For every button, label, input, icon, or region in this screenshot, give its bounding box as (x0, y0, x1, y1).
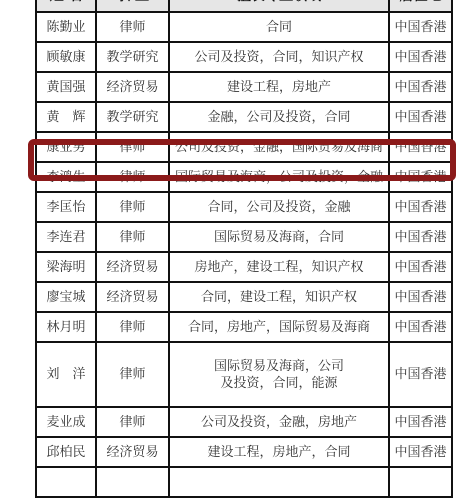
table-row: 廖宝城 经济贸易 合同，建设工程，知识产权 中国香港 (36, 282, 452, 312)
header-name: 姓 名 (36, 0, 96, 12)
header-expertise: 擅长专业领域 (169, 0, 389, 12)
cell-occupation (96, 467, 169, 497)
cell-residence: 中国香港 (389, 222, 452, 252)
header-occupation: 职 业 (96, 0, 169, 12)
table-row: 李连君 律师 国际贸易及海商，合同 中国香港 (36, 222, 452, 252)
table-row: 李匡怡 律师 合同，公司及投资，金融 中国香港 (36, 192, 452, 222)
table-row: 麦业成 律师 公司及投资，金融，房地产 中国香港 (36, 407, 452, 437)
cell-expertise: 公司及投资，金融，房地产 (169, 407, 389, 437)
cell-expertise: 合同，公司及投资，金融 (169, 192, 389, 222)
cell-name: 李匡怡 (36, 192, 96, 222)
cell-name: 廖宝城 (36, 282, 96, 312)
cell-residence (389, 467, 452, 497)
table-row: 黄国强 经济贸易 建设工程，房地产 中国香港 (36, 72, 452, 102)
cell-name: 陈勤业 (36, 12, 96, 42)
cell-name: 梁海明 (36, 252, 96, 282)
cell-residence: 中国香港 (389, 407, 452, 437)
cell-occupation: 经济贸易 (96, 437, 169, 467)
cell-expertise: 国际贸易及海商，公司及投资，合同，能源 (169, 342, 389, 407)
table-row: 陈勤业 律师 合同 中国香港 (36, 12, 452, 42)
cell-residence: 中国香港 (389, 437, 452, 467)
cell-occupation: 经济贸易 (96, 282, 169, 312)
cell-residence: 中国香港 (389, 162, 452, 192)
cell-residence: 中国香港 (389, 252, 452, 282)
table-row: 顾敏康 教学研究 公司及投资，合同，知识产权 中国香港 (36, 42, 452, 72)
cell-residence: 中国香港 (389, 42, 452, 72)
cell-occupation: 律师 (96, 192, 169, 222)
cell-name: 麦业成 (36, 407, 96, 437)
cell-occupation: 律师 (96, 222, 169, 252)
cell-occupation: 教学研究 (96, 102, 169, 132)
expert-table: 姓 名 职 业 擅长专业领域 居住地 陈勤业 律师 合同 中国香港 顾敏康 教学… (35, 0, 453, 498)
cell-residence: 中国香港 (389, 72, 452, 102)
cell-residence: 中国香港 (389, 282, 452, 312)
cell-occupation: 律师 (96, 407, 169, 437)
cell-name: 黄 辉 (36, 102, 96, 132)
cell-occupation: 经济贸易 (96, 252, 169, 282)
cell-name: 顾敏康 (36, 42, 96, 72)
cell-expertise: 国际贸易及海商，合同 (169, 222, 389, 252)
cell-name: 李连君 (36, 222, 96, 252)
expert-table-container: 姓 名 职 业 擅长专业领域 居住地 陈勤业 律师 合同 中国香港 顾敏康 教学… (35, 0, 451, 498)
cell-expertise: 建设工程，房地产 (169, 72, 389, 102)
cell-occupation: 教学研究 (96, 42, 169, 72)
cell-name: 李鸿生 (36, 162, 96, 192)
table-row: 林月明 律师 合同，房地产，国际贸易及海商 中国香港 (36, 312, 452, 342)
cell-expertise (169, 467, 389, 497)
cell-residence: 中国香港 (389, 102, 452, 132)
cell-name (36, 467, 96, 497)
table-row: 梁海明 经济贸易 房地产，建设工程，知识产权 中国香港 (36, 252, 452, 282)
cell-name: 黄国强 (36, 72, 96, 102)
table-row: 邱柏民 经济贸易 建设工程，房地产，合同 中国香港 (36, 437, 452, 467)
cell-residence: 中国香港 (389, 192, 452, 222)
cell-occupation: 经济贸易 (96, 72, 169, 102)
table-row: 李鸿生 律师 国际贸易及海商，公司及投资，金融 中国香港 (36, 162, 452, 192)
cell-residence: 中国香港 (389, 312, 452, 342)
table-row-highlighted: 康亚男 律师 公司及投资，金融，国际贸易及海商 中国香港 (36, 132, 452, 162)
cell-expertise: 公司及投资，合同，知识产权 (169, 42, 389, 72)
cell-expertise: 公司及投资，金融，国际贸易及海商 (169, 132, 389, 162)
cell-expertise: 合同 (169, 12, 389, 42)
cell-occupation: 律师 (96, 12, 169, 42)
cell-residence: 中国香港 (389, 342, 452, 407)
cell-residence: 中国香港 (389, 132, 452, 162)
cell-name: 林月明 (36, 312, 96, 342)
table-header-row: 姓 名 职 业 擅长专业领域 居住地 (36, 0, 452, 12)
cell-expertise: 合同，房地产，国际贸易及海商 (169, 312, 389, 342)
cell-expertise: 房地产，建设工程，知识产权 (169, 252, 389, 282)
cell-occupation: 律师 (96, 162, 169, 192)
table-row: 黄 辉 教学研究 金融，公司及投资，合同 中国香港 (36, 102, 452, 132)
header-residence: 居住地 (389, 0, 452, 12)
cell-residence: 中国香港 (389, 12, 452, 42)
cell-name: 康亚男 (36, 132, 96, 162)
cell-name: 刘 洋 (36, 342, 96, 407)
cell-expertise: 建设工程，房地产，合同 (169, 437, 389, 467)
cell-occupation: 律师 (96, 342, 169, 407)
cell-expertise: 合同，建设工程，知识产权 (169, 282, 389, 312)
cell-expertise: 金融，公司及投资，合同 (169, 102, 389, 132)
cell-occupation: 律师 (96, 312, 169, 342)
table-row (36, 467, 452, 497)
table-row: 刘 洋 律师 国际贸易及海商，公司及投资，合同，能源 中国香港 (36, 342, 452, 407)
cell-occupation: 律师 (96, 132, 169, 162)
cell-name: 邱柏民 (36, 437, 96, 467)
cell-expertise: 国际贸易及海商，公司及投资，金融 (169, 162, 389, 192)
